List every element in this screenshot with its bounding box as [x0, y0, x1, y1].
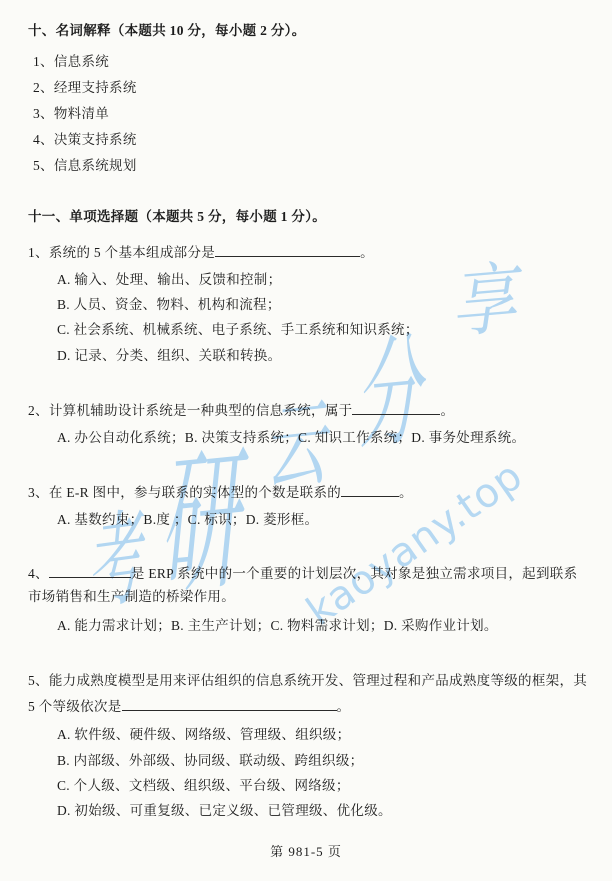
- option-list: A. 办公自动化系统；B. 决策支持系统；C. 知识工作系统；D. 事务处理系统…: [28, 425, 590, 450]
- option: D. 初始级、可重复级、已定义级、已管理级、优化级。: [57, 798, 590, 823]
- option-list: A. 基数约束；B.度 ；C. 标识；D. 菱形框。: [28, 507, 590, 532]
- definition-item: 5、信息系统规划: [28, 153, 590, 179]
- option: A. 输入、处理、输出、反馈和控制；: [57, 267, 590, 292]
- option-list: A. 能力需求计划；B. 主生产计划；C. 物料需求计划；D. 采购作业计划。: [28, 613, 590, 638]
- option: B. 人员、资金、物料、机构和流程；: [57, 292, 590, 317]
- option: C. 社会系统、机械系统、电子系统、手工系统和知识系统；: [57, 317, 590, 342]
- definition-item: 3、物料清单: [28, 101, 590, 127]
- question-stem: 5、能力成熟度模型是用来评估组织的信息系统开发、管理过程和产品成熟度等级的框架，…: [28, 668, 590, 720]
- question-stem: 2、计算机辅助设计系统是一种典型的信息系统，属于。: [28, 398, 590, 423]
- question-list: 1、系统的 5 个基本组成部分是。A. 输入、处理、输出、反馈和控制；B. 人员…: [28, 240, 590, 823]
- option: A. 软件级、硬件级、网络级、管理级、组织级；: [57, 722, 590, 747]
- option: B. 内部级、外部级、协同级、联动级、跨组织级；: [57, 748, 590, 773]
- question-stem: 4、是 ERP 系统中的一个重要的计划层次，其对象是独立需求项目，起到联系市场销…: [28, 562, 590, 608]
- question: 5、能力成熟度模型是用来评估组织的信息系统开发、管理过程和产品成熟度等级的框架，…: [28, 668, 590, 823]
- question: 3、在 E-R 图中，参与联系的实体型的个数是联系的。A. 基数约束；B.度 ；…: [28, 480, 590, 532]
- option: A. 办公自动化系统；B. 决策支持系统；C. 知识工作系统；D. 事务处理系统…: [57, 425, 590, 450]
- definition-item: 2、经理支持系统: [28, 75, 590, 101]
- answer-blank: [49, 565, 131, 578]
- definition-item: 4、决策支持系统: [28, 127, 590, 153]
- question: 4、是 ERP 系统中的一个重要的计划层次，其对象是独立需求项目，起到联系市场销…: [28, 562, 590, 638]
- answer-blank: [341, 484, 399, 497]
- answer-blank: [352, 402, 440, 415]
- definition-item: 1、信息系统: [28, 49, 590, 75]
- section-definitions-heading: 十、名词解释（本题共 10 分，每小题 2 分）。: [28, 22, 590, 40]
- section-definitions: 十、名词解释（本题共 10 分，每小题 2 分）。 1、信息系统2、经理支持系统…: [28, 22, 590, 179]
- section-multiple-choice-heading: 十一、单项选择题（本题共 5 分，每小题 1 分）。: [28, 208, 590, 226]
- option: A. 基数约束；B.度 ；C. 标识；D. 菱形框。: [57, 507, 590, 532]
- answer-blank: [122, 698, 337, 711]
- page-number: 第 981-5 页: [0, 841, 612, 860]
- option-list: A. 软件级、硬件级、网络级、管理级、组织级；B. 内部级、外部级、协同级、联动…: [28, 722, 590, 823]
- option: D. 记录、分类、组织、关联和转换。: [57, 343, 590, 368]
- question-stem: 1、系统的 5 个基本组成部分是。: [28, 240, 590, 265]
- option: C. 个人级、文档级、组织级、平台级、网络级；: [57, 773, 590, 798]
- answer-blank: [215, 244, 360, 257]
- question: 2、计算机辅助设计系统是一种典型的信息系统，属于。A. 办公自动化系统；B. 决…: [28, 398, 590, 450]
- exam-paper-page: 考研云分享kaoyany.top 十、名词解释（本题共 10 分，每小题 2 分…: [0, 0, 612, 881]
- question-stem: 3、在 E-R 图中，参与联系的实体型的个数是联系的。: [28, 480, 590, 505]
- option-list: A. 输入、处理、输出、反馈和控制；B. 人员、资金、物料、机构和流程；C. 社…: [28, 267, 590, 368]
- question: 1、系统的 5 个基本组成部分是。A. 输入、处理、输出、反馈和控制；B. 人员…: [28, 240, 590, 368]
- section-multiple-choice: 十一、单项选择题（本题共 5 分，每小题 1 分）。 1、系统的 5 个基本组成…: [28, 208, 590, 823]
- option: A. 能力需求计划；B. 主生产计划；C. 物料需求计划；D. 采购作业计划。: [57, 613, 590, 638]
- definition-list: 1、信息系统2、经理支持系统3、物料清单4、决策支持系统5、信息系统规划: [28, 49, 590, 179]
- page-content: 十、名词解释（本题共 10 分，每小题 2 分）。 1、信息系统2、经理支持系统…: [28, 22, 590, 823]
